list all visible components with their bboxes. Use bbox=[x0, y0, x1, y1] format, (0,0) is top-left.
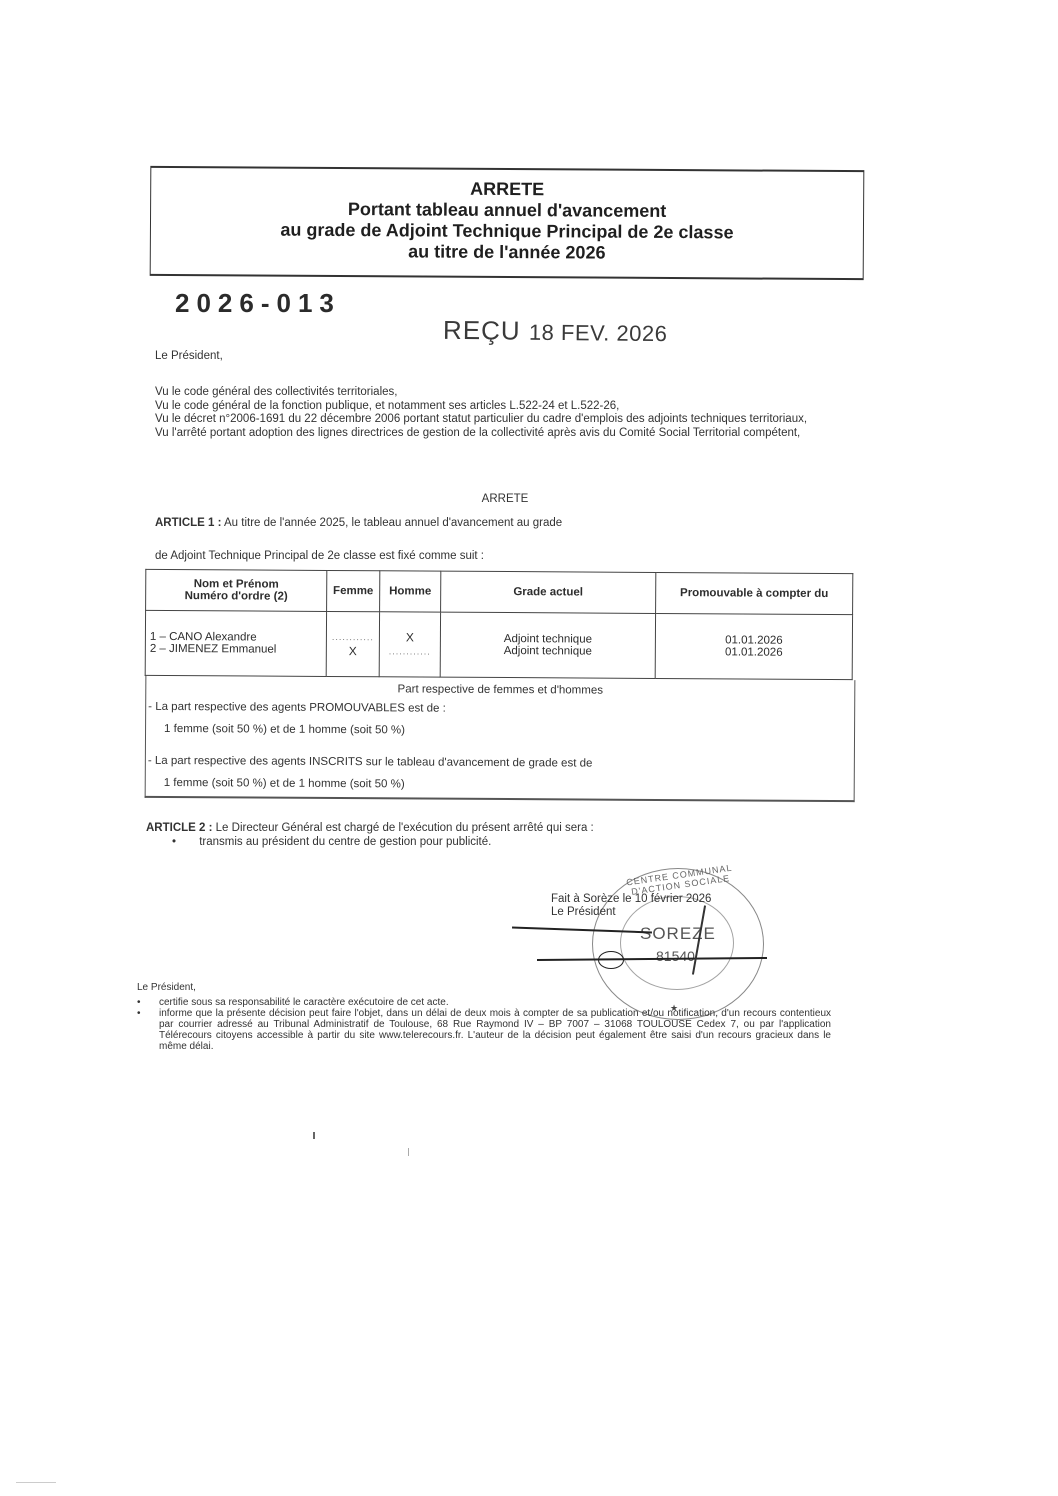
row-2-name: 2 – JIMENEZ Emmanuel bbox=[150, 643, 322, 656]
signature-loop bbox=[598, 951, 624, 969]
article-2-bullet-text: transmis au président du centre de gesti… bbox=[199, 836, 491, 848]
place-date: Fait à Sorèze le 10 février 2026 bbox=[551, 893, 771, 907]
intro-author: Le Président, bbox=[155, 350, 855, 364]
stamp-city: SOREZE bbox=[640, 924, 716, 944]
scan-speck bbox=[408, 1148, 409, 1156]
row-1-name: 1 – CANO Alexandre bbox=[150, 631, 322, 644]
article-2: ARTICLE 2 : Le Directeur Général est cha… bbox=[146, 822, 846, 836]
bullet-marker: • bbox=[137, 997, 159, 1008]
article-1: ARTICLE 1 : Au titre de l'année 2025, le… bbox=[155, 517, 855, 531]
promotion-table: Nom et Prénom Numéro d'ordre (2) Femme H… bbox=[145, 569, 854, 680]
article-1-text-line2: de Adjoint Technique Principal de 2e cla… bbox=[155, 550, 855, 564]
cell-date: 01.01.2026 01.01.2026 bbox=[655, 613, 852, 679]
promouvables-line1: - La part respective des agents PROMOUVA… bbox=[148, 700, 854, 718]
received-label: REÇU bbox=[443, 315, 521, 346]
header-grade: Grade actuel bbox=[441, 571, 656, 613]
row-2-homme: ............ bbox=[384, 644, 436, 658]
cell-femme: ............ X bbox=[326, 611, 379, 676]
article-1-text-line1: Au titre de l'année 2025, le tableau ann… bbox=[224, 517, 562, 529]
footer-block: Le Président, • certifie sous sa respons… bbox=[137, 982, 837, 1052]
row-2-grade: Adjoint technique bbox=[445, 645, 651, 658]
header-promouvable: Promouvable à compter du bbox=[656, 572, 853, 614]
promotion-table-wrap: Nom et Prénom Numéro d'ordre (2) Femme H… bbox=[145, 571, 853, 678]
visa-2: Vu le code général de la fonction publiq… bbox=[155, 400, 855, 414]
title-line-4: au titre de l'année 2026 bbox=[151, 240, 863, 265]
reference-number: 2026-013 bbox=[175, 288, 341, 319]
inscrits-line2: 1 femme (soit 50 %) et de 1 homme (soit … bbox=[164, 777, 854, 795]
row-1-femme: ............ bbox=[331, 630, 375, 644]
table-header-row: Nom et Prénom Numéro d'ordre (2) Femme H… bbox=[146, 569, 853, 614]
footer-bullet-2-text: informe que la présente décision peut fa… bbox=[159, 1008, 831, 1052]
table-row: 1 – CANO Alexandre 2 – JIMENEZ Emmanuel … bbox=[145, 610, 852, 679]
decision-heading: ARRETE bbox=[155, 493, 855, 507]
received-date: 18 FEV. 2026 bbox=[529, 320, 668, 346]
gender-share-box: Part respective de femmes et d'hommes - … bbox=[145, 676, 856, 802]
scan-edge-mark bbox=[16, 1482, 56, 1483]
article-1-label: ARTICLE 1 : bbox=[155, 517, 221, 529]
article-2-text: Le Directeur Général est chargé de l'exé… bbox=[216, 822, 594, 834]
footer-bullet-2: • informe que la présente décision peut … bbox=[137, 1008, 837, 1052]
cell-names: 1 – CANO Alexandre 2 – JIMENEZ Emmanuel bbox=[145, 610, 326, 676]
footer-bullet-1-text: certifie sous sa responsabilité le carac… bbox=[159, 997, 449, 1008]
article-2-bullet: • transmis au président du centre de ges… bbox=[172, 836, 772, 850]
signatory-title: Le Président bbox=[551, 906, 771, 920]
header-femme: Femme bbox=[327, 570, 380, 611]
footer-bullet-1: • certifie sous sa responsabilité le car… bbox=[137, 997, 837, 1008]
article-2-label: ARTICLE 2 : bbox=[146, 822, 212, 834]
promouvables-line2: 1 femme (soit 50 %) et de 1 homme (soit … bbox=[164, 723, 854, 741]
header-homme: Homme bbox=[380, 571, 441, 612]
visa-3: Vu le décret n°2006-1691 du 22 décembre … bbox=[155, 413, 855, 427]
cell-grade: Adjoint technique Adjoint technique bbox=[440, 612, 655, 678]
bullet-marker: • bbox=[137, 1008, 159, 1052]
footer-author: Le Président, bbox=[137, 982, 837, 993]
row-2-femme: X bbox=[331, 644, 375, 658]
row-2-date: 01.01.2026 bbox=[660, 646, 848, 659]
stamp-postcode: 81540 bbox=[656, 948, 695, 964]
header-name-line2: Numéro d'ordre (2) bbox=[150, 590, 322, 603]
scan-speck bbox=[313, 1132, 315, 1139]
bullet-marker: • bbox=[172, 836, 196, 850]
gender-share-heading: Part respective de femmes et d'hommes bbox=[146, 682, 854, 700]
inscrits-line1: - La part respective des agents INSCRITS… bbox=[148, 754, 854, 772]
row-1-homme: X bbox=[384, 630, 436, 644]
title-box: ARRETE Portant tableau annuel d'avanceme… bbox=[150, 166, 865, 280]
visa-4: Vu l'arrêté portant adoption des lignes … bbox=[155, 427, 855, 441]
visas-block: Vu le code général des collectivités ter… bbox=[155, 386, 855, 440]
visa-1: Vu le code général des collectivités ter… bbox=[155, 386, 855, 400]
received-stamp: REÇU 18 FEV. 2026 bbox=[443, 315, 668, 348]
cell-homme: X ............ bbox=[379, 612, 440, 677]
header-name: Nom et Prénom Numéro d'ordre (2) bbox=[146, 569, 327, 611]
header-name-line1: Nom et Prénom bbox=[150, 578, 322, 591]
